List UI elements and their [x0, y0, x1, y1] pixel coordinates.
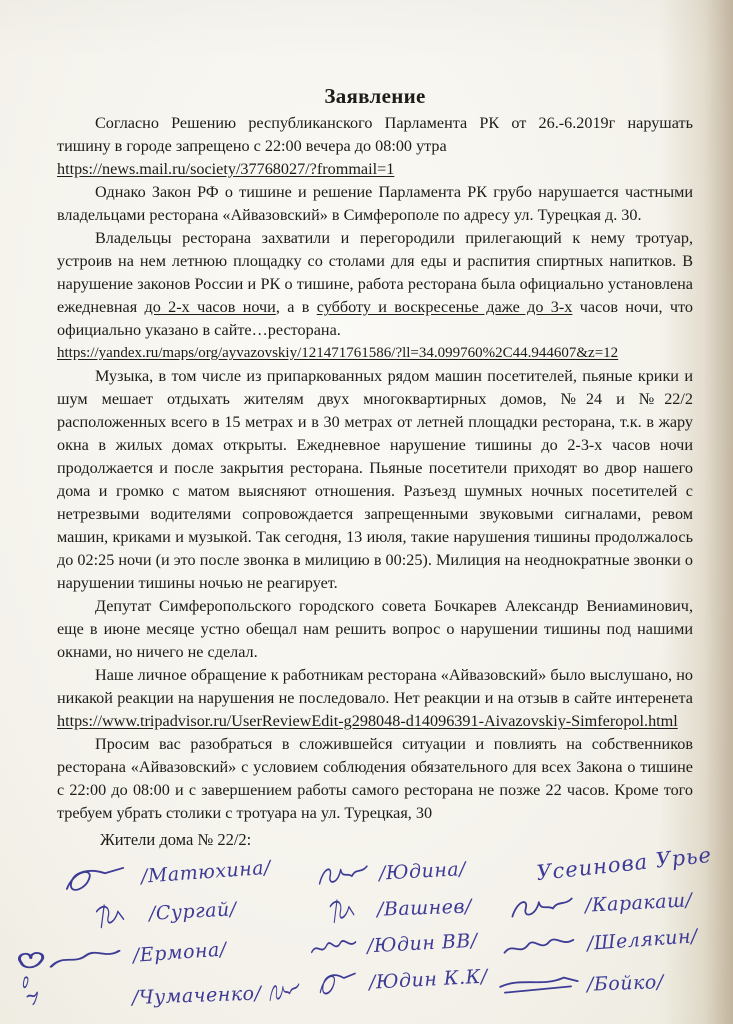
signature-row: /Юдин ВВ/: [309, 926, 478, 965]
text-segment: Депутат Симферопольского городского сове…: [57, 597, 693, 661]
paragraph-noise: Музыка, в том числе из припаркованных ря…: [57, 365, 693, 595]
signature-name: /Ермона/: [132, 938, 227, 966]
scanned-document-page: Заявление Согласно Решению республиканск…: [0, 0, 733, 1024]
signature-stroke-icon: [328, 895, 371, 926]
paragraph-appeal: Наше личное обращение к работникам ресто…: [57, 664, 693, 733]
signature-row: /Каракаш/: [507, 885, 693, 925]
signature-stroke-icon: [507, 891, 578, 925]
paragraph-restaurant-violation: Однако Закон РФ о тишине и решение Парла…: [57, 181, 693, 227]
text-segment: Просим вас разобраться в сложившейся сит…: [57, 735, 693, 822]
text-segment: Наше личное обращение к работникам ресто…: [57, 666, 693, 707]
document-title: Заявление: [57, 84, 693, 109]
signature-stroke-icon: [498, 970, 581, 1003]
signature-row: /Сургай/: [93, 894, 237, 931]
text-segment: , а в: [276, 298, 317, 316]
text-segment: Согласно Решению республиканского Парлам…: [57, 114, 693, 155]
signature-row: [19, 974, 62, 1008]
signature-name: /Матюхина/: [140, 857, 271, 888]
document-body: Согласно Решению республиканского Парлам…: [57, 112, 693, 825]
signatures-block: Жители дома № 22/2: /Матюхина/ /Сургай/ …: [0, 828, 733, 1024]
signature-name: Усеинова Урье: [535, 843, 713, 885]
signature-stroke-icon: [315, 859, 372, 892]
signature-row: Усеинова Урье: [535, 843, 713, 885]
paragraph-law: Согласно Решению республиканского Парлам…: [57, 112, 693, 181]
signature-name: /Бойко/: [587, 971, 664, 996]
signature-row: /Матюхина/: [59, 853, 272, 898]
signature-name: /Чумаченко/: [132, 982, 262, 1009]
signature-stroke-icon: [501, 929, 581, 964]
residents-label: Жители дома № 22/2:: [100, 830, 251, 850]
signature-stroke-icon: [309, 932, 361, 965]
signature-row: /Чумаченко/: [132, 977, 303, 1013]
signature-row: /Бойко/: [498, 967, 665, 1003]
document-link-text: https://www.tripadvisor.ru/UserReviewEdi…: [57, 712, 678, 730]
signature-stroke-icon: [19, 974, 62, 1008]
signature-row: /Юдина/: [315, 854, 466, 892]
paragraph-yandex-link: https://yandex.ru/maps/org/ayvazovskiy/1…: [57, 342, 693, 365]
text-segment: субботу и воскресенье даже до 3-х: [317, 298, 573, 316]
text-segment: Музыка, в том числе из припаркованных ря…: [57, 367, 693, 592]
text-segment: до 2-х часов ночи: [145, 298, 276, 316]
paragraph-request: Просим вас разобраться в сложившейся сит…: [57, 733, 693, 825]
signature-name: /Юдин К.К/: [368, 966, 488, 994]
signature-stroke-icon: [93, 899, 143, 931]
paragraph-deputy: Депутат Симферопольского городского сове…: [57, 595, 693, 664]
text-segment: Однако Закон РФ о тишине и решение Парла…: [57, 183, 693, 224]
signature-name: /Вашнев/: [377, 895, 473, 920]
document-content: Заявление Согласно Решению республиканск…: [57, 84, 693, 825]
signature-row: /Юдин К.К/: [315, 962, 488, 1001]
signature-name: /Юдин ВВ/: [366, 930, 478, 958]
signature-stroke-icon: [268, 977, 303, 1008]
signature-name: /Шелякин/: [586, 925, 698, 955]
signature-row: /Ермона/: [7, 934, 227, 979]
signature-row: /Шелякин/: [501, 921, 699, 965]
paragraph-terrace: Владельцы ресторана захватили и перегоро…: [57, 227, 693, 342]
signature-name: /Сургай/: [148, 898, 237, 925]
document-link-text: https://yandex.ru/maps/org/ayvazovskiy/1…: [57, 345, 618, 361]
document-link-text: https://news.mail.ru/society/37768027/?f…: [57, 158, 693, 181]
signature-name: /Юдина/: [378, 858, 466, 885]
signature-stroke-icon: [59, 862, 135, 897]
signature-name: /Каракаш/: [584, 889, 693, 917]
signature-row: /Вашнев/: [328, 891, 473, 926]
signature-stroke-icon: [315, 968, 363, 1000]
